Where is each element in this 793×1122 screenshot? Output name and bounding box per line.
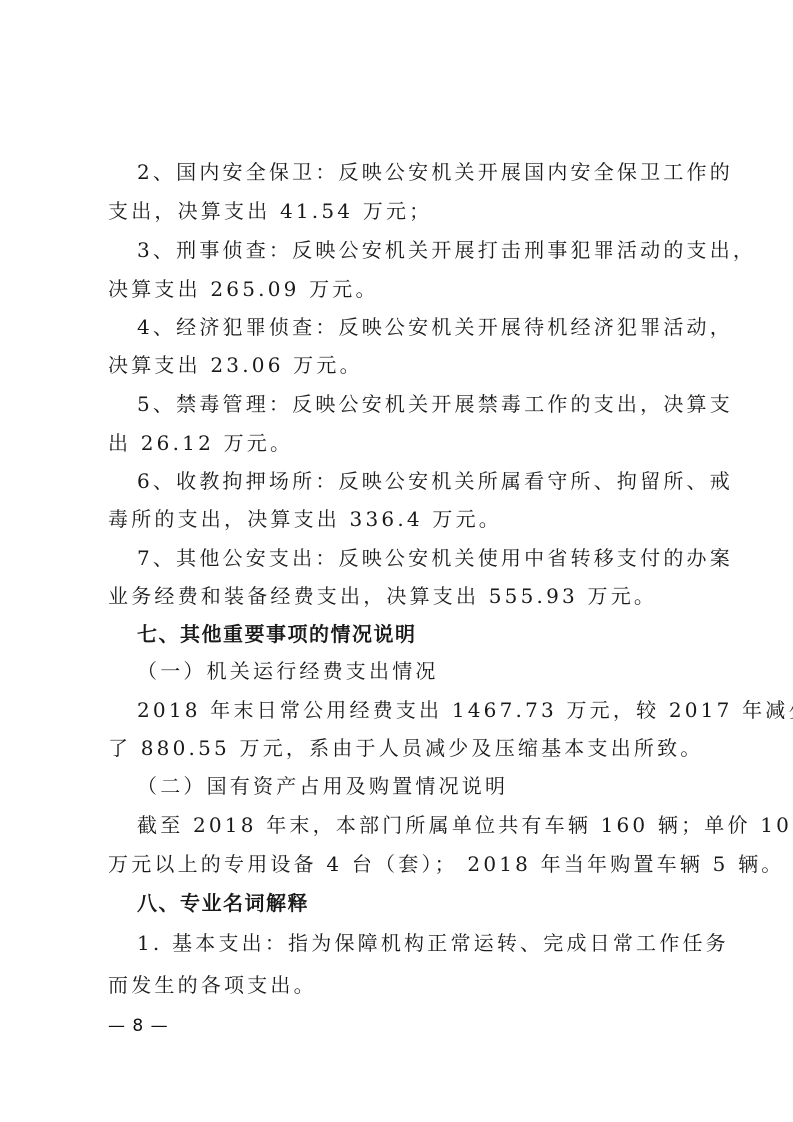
text-line-9: 毒所的支出，决算支出 336.4 万元。	[108, 503, 692, 535]
text-line-8: 6、收教拘押场所：反映公安机关所属看守所、拘留所、戒	[137, 465, 692, 497]
text-line-2: 3、刑事侦查：反映公安机关开展打击刑事犯罪活动的支出，	[137, 234, 692, 266]
text-line-5: 决算支出 23.06 万元。	[108, 349, 692, 381]
text-line-0: 2、国内安全保卫：反映公安机关开展国内安全保卫工作的	[137, 156, 692, 188]
document-page: 2、国内安全保卫：反映公安机关开展国内安全保卫工作的 支出，决算支出 41.54…	[0, 0, 793, 1122]
text-line-11: 业务经费和装备经费支出，决算支出 555.93 万元。	[108, 580, 692, 612]
text-line-20: 1. 基本支出：指为保障机构正常运转、完成日常工作任务	[137, 927, 692, 959]
text-line-3: 决算支出 265.09 万元。	[108, 273, 692, 305]
text-line-17: 截至 2018 年末，本部门所属单位共有车辆 160 辆；单价 100	[137, 809, 692, 841]
text-line-4: 4、经济犯罪侦查：反映公安机关开展待机经济犯罪活动，	[137, 311, 692, 343]
text-line-21: 而发生的各项支出。	[108, 969, 692, 1001]
text-line-1: 支出，决算支出 41.54 万元；	[108, 195, 692, 227]
text-line-10: 7、其他公安支出：反映公安机关使用中省转移支付的办案	[137, 542, 692, 574]
section-heading-7: 七、其他重要事项的情况说明	[137, 618, 692, 650]
text-line-15: 了 880.55 万元，系由于人员减少及压缩基本支出所致。	[108, 732, 692, 764]
page-number: — 8 —	[108, 1012, 169, 1040]
text-line-18: 万元以上的专用设备 4 台（套）； 2018 年当年购置车辆 5 辆。	[108, 848, 692, 880]
section-heading-8: 八、专业名词解释	[137, 887, 692, 919]
subsection-heading-2: （二）国有资产占用及购置情况说明	[137, 770, 692, 802]
text-line-14: 2018 年末日常公用经费支出 1467.73 万元，较 2017 年减少	[137, 694, 692, 726]
text-line-6: 5、禁毒管理：反映公安机关开展禁毒工作的支出，决算支	[137, 388, 692, 420]
text-line-7: 出 26.12 万元。	[108, 427, 692, 459]
subsection-heading-1: （一）机关运行经费支出情况	[137, 655, 692, 687]
